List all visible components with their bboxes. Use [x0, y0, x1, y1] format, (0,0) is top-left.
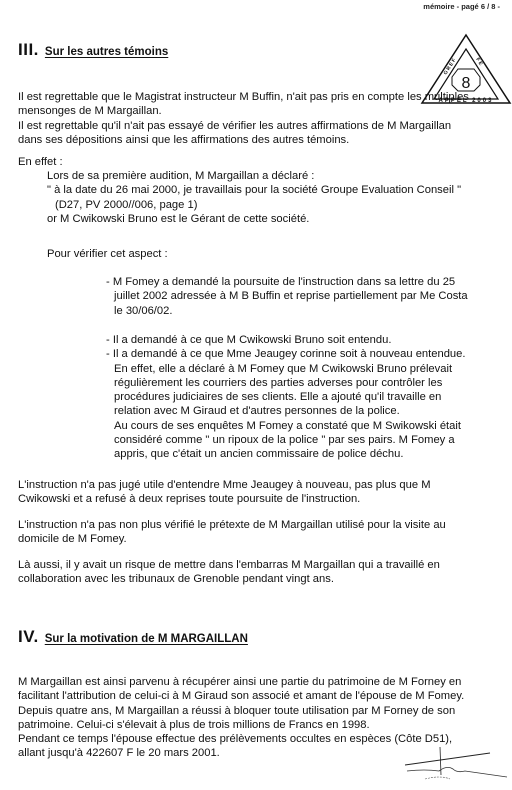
section-number: III.	[18, 40, 39, 60]
verify-label: Pour vérifier cet aspect :	[47, 247, 512, 261]
bullet-item-letter: - M Fomey a demandé la poursuite de l'in…	[106, 275, 506, 318]
signature-icon	[395, 745, 510, 790]
section-title: Sur les autres témoins	[45, 46, 168, 58]
section-number: IV.	[18, 627, 39, 647]
section-title: Sur la motivation de M MARGAILLAN	[45, 633, 248, 645]
section-heading-iii: III. Sur les autres témoins	[18, 40, 168, 60]
paragraph-pretext: L'instruction n'a pas non plus vérifié l…	[18, 518, 508, 547]
declaration-block: Lors de sa première audition, M Margaill…	[47, 169, 512, 226]
paragraph-instruction-refusal: L'instruction n'a pas jugé utile d'enten…	[18, 478, 508, 507]
en-effet-label: En effet :	[18, 155, 508, 169]
paragraph-regret: Il est regrettable que le Magistrat inst…	[18, 90, 508, 147]
bullet-item-requests: - Il a demandé à ce que M Cwikowski Brun…	[106, 333, 506, 462]
section-heading-iv: IV. Sur la motivation de M MARGAILLAN	[18, 627, 248, 647]
paragraph-risk: Là aussi, il y avait un risque de mettre…	[18, 558, 508, 587]
page-header: mémoire - pagé 6 / 8 -	[423, 2, 500, 11]
svg-text:F E: F E	[474, 57, 484, 67]
